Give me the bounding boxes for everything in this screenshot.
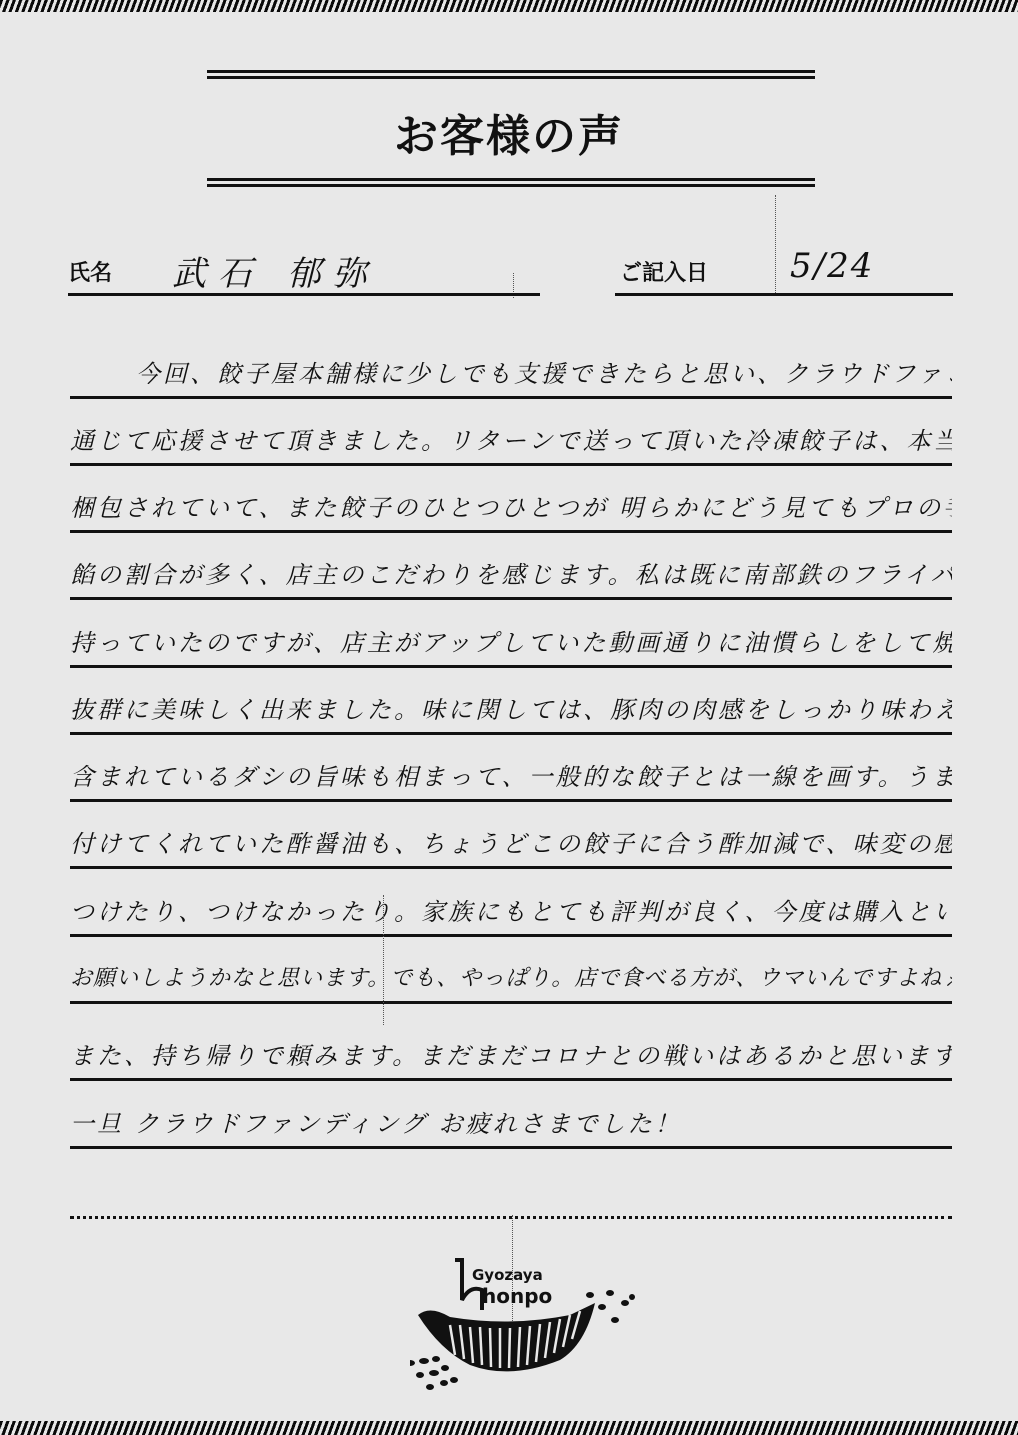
comment-line: つけたり、つけなかったり。家族にもとても評判が良く、今度は購入という形で bbox=[70, 890, 952, 937]
bottom-border-pattern bbox=[0, 1421, 1018, 1435]
comment-line: 抜群に美味しく出来ました。味に関しては、豚肉の肉感をしっかり味わえます。 bbox=[70, 688, 952, 735]
date-underline bbox=[615, 293, 953, 296]
comment-line bbox=[70, 1172, 952, 1219]
title-rule-bottom bbox=[207, 178, 815, 187]
date-label: ご記入日 bbox=[620, 256, 708, 287]
guide-mark bbox=[383, 895, 384, 1025]
comment-line: お願いしようかなと思います。でも、やっぱり。店で食べる方が、ウマいんですよねぇ〜… bbox=[70, 957, 952, 1004]
comment-line: 梱包されていて、また餃子のひとつひとつが 明らかにどう見てもプロの手包み。 bbox=[70, 486, 952, 533]
comment-line: 今回、餃子屋本舗様に少しでも支援できたらと思い、クラウドファンディングを bbox=[70, 352, 952, 399]
top-border-pattern bbox=[0, 0, 1018, 12]
comment-line: 一旦 クラウドファンディング お疲れさまでした！ bbox=[70, 1102, 952, 1149]
comment-line: 通じて応援させて頂きました。リターンで送って頂いた冷凍餃子は、本当に丁寧に bbox=[70, 419, 952, 466]
guide-mark bbox=[775, 195, 776, 295]
svg-text:honpo: honpo bbox=[482, 1284, 552, 1308]
title-rule-top bbox=[207, 70, 815, 79]
gyoza-icon: Gyozaya honpo bbox=[410, 1255, 640, 1405]
shop-logo: Gyozaya honpo bbox=[410, 1255, 640, 1405]
comment-line: 含まれているダシの旨味も相まって、一般的な餃子とは一線を画す。うまさです bbox=[70, 755, 952, 802]
name-field[interactable]: 武石 郁弥 bbox=[172, 246, 379, 295]
name-label: 氏名 bbox=[68, 256, 112, 287]
comment-line: 付けてくれていた酢醤油も、ちょうどこの餃子に合う酢加減で、味変の感覚で bbox=[70, 822, 952, 869]
svg-text:Gyozaya: Gyozaya bbox=[472, 1266, 543, 1284]
page-title: お客様の声 bbox=[0, 100, 1018, 164]
comment-line: 持っていたのですが、店主がアップしていた動画通りに油慣らしをして焼くと bbox=[70, 621, 952, 668]
comment-line: 餡の割合が多く、店主のこだわりを感じます。私は既に南部鉄のフライパンを bbox=[70, 553, 952, 600]
date-field[interactable]: 5/24 bbox=[790, 246, 874, 286]
name-underline bbox=[68, 293, 540, 296]
comment-line: また、持ち帰りで頼みます。まだまだコロナとの戦いはあるかと思いますが、 bbox=[70, 1034, 952, 1081]
